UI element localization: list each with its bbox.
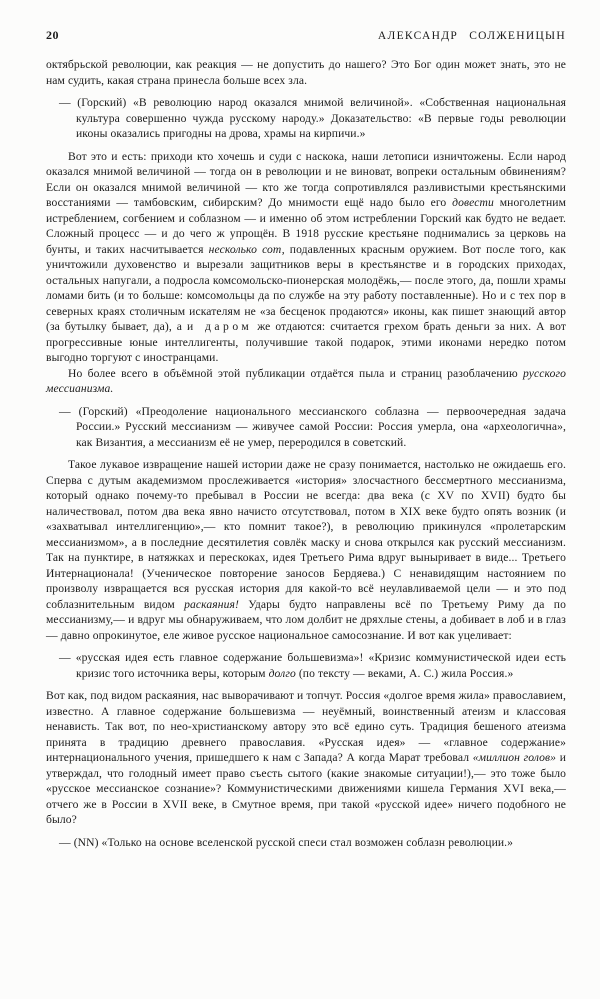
page-body: октябрьской революции, как реакция — не … xyxy=(46,57,566,850)
emphasis-italic: долго xyxy=(269,667,296,680)
text-run: Такое лукавое извращение нашей истории д… xyxy=(46,458,566,611)
text-run: — (Горский) «Преодоление национального м… xyxy=(59,405,566,449)
page-header: 20 АЛЕКСАНДР СОЛЖЕНИЦЫН xyxy=(46,28,566,43)
block-quote: — (NN) «Только на основе вселенской русс… xyxy=(59,835,566,851)
text-run: октябрьской революции, как реакция — не … xyxy=(46,58,566,87)
emphasis-italic: раскаяния! xyxy=(184,598,239,611)
page-number: 20 xyxy=(46,28,59,43)
emphasis-italic: несколько сот, xyxy=(209,243,285,256)
book-page: 20 АЛЕКСАНДР СОЛЖЕНИЦЫН октябрьской рево… xyxy=(0,0,600,999)
emphasis-italic: «миллион голов» xyxy=(473,751,556,764)
block-quote: — «русская идея есть главное содержание … xyxy=(59,650,566,681)
text-run: Но более всего в объёмной этой публикаци… xyxy=(68,367,523,380)
emphasis-spaced: и даром xyxy=(187,320,252,333)
paragraph: октябрьской революции, как реакция — не … xyxy=(46,57,566,88)
emphasis-italic: довести xyxy=(452,196,494,209)
block-quote: — (Горский) «Преодоление национального м… xyxy=(59,404,566,451)
paragraph: Такое лукавое извращение нашей истории д… xyxy=(46,457,566,643)
paragraph: Но более всего в объёмной этой публикаци… xyxy=(46,366,566,397)
text-run: — (Горский) «В революцию народ оказался … xyxy=(59,96,566,140)
paragraph: Вот это и есть: приходи кто хочешь и суд… xyxy=(46,149,566,366)
author-running-head: АЛЕКСАНДР СОЛЖЕНИЦЫН xyxy=(378,30,566,42)
paragraph: Вот как, под видом раскаяния, нас вывора… xyxy=(46,688,566,828)
block-quote: — (Горский) «В революцию народ оказался … xyxy=(59,95,566,142)
text-run: (по тексту — веками, А. С.) жила Россия.… xyxy=(296,667,514,680)
text-run: — (NN) «Только на основе вселенской русс… xyxy=(59,836,513,849)
